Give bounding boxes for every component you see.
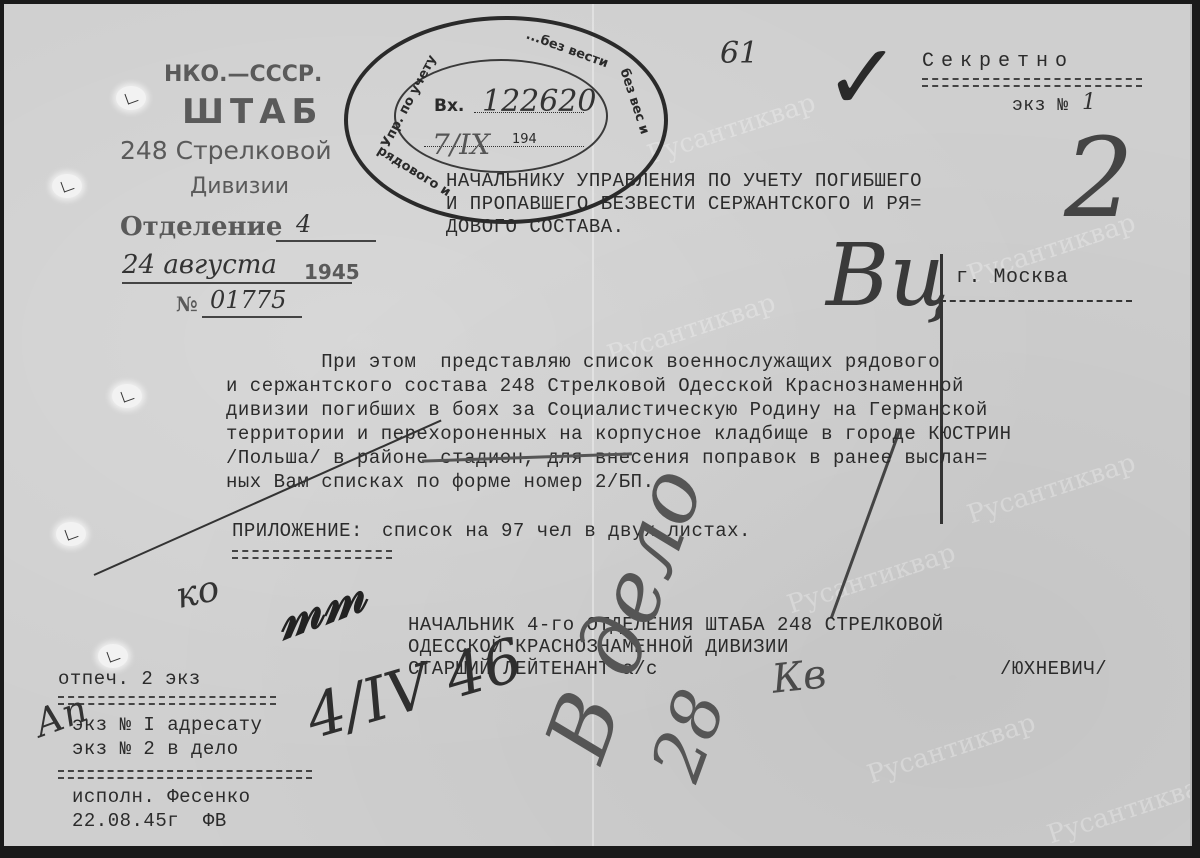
watermark: Русантиквар bbox=[784, 538, 960, 621]
letterhead-division-2: Дивизии bbox=[190, 174, 289, 199]
watermark: Русантиквар bbox=[964, 448, 1140, 531]
date-code: 22.08.45г ФВ bbox=[72, 810, 227, 832]
stamp-date-handwritten: 7/IX bbox=[432, 128, 490, 161]
body-line: и сержантского состава 248 Стрелковой Од… bbox=[226, 374, 964, 398]
letterhead-org: НКО.—СССР. bbox=[164, 62, 322, 87]
checkmark-icon: ✓ bbox=[824, 24, 901, 131]
stamp-year-label: 194 bbox=[512, 132, 537, 147]
body-line: территории и перехороненных на корпусное… bbox=[226, 422, 1012, 446]
double-rule bbox=[58, 696, 276, 705]
double-rule bbox=[922, 78, 1142, 87]
underline bbox=[122, 282, 352, 284]
punch-hole-icon bbox=[98, 644, 128, 668]
watermark: Русантиквар bbox=[644, 88, 820, 171]
letterhead-division: 248 Стрелковой bbox=[120, 136, 332, 165]
handwritten-scribble: 𝓂𝓂 bbox=[266, 560, 374, 652]
executor: исполн. Фесенко bbox=[72, 786, 251, 808]
body-line: При этом представляю список военнослужащ… bbox=[226, 350, 940, 374]
underline bbox=[940, 300, 1132, 302]
watermark: Русантиквар bbox=[1044, 768, 1192, 846]
inbox-number: 122620 bbox=[482, 84, 597, 119]
punch-hole-icon bbox=[112, 384, 142, 408]
underline bbox=[276, 240, 376, 242]
attachment-label: ПРИЛОЖЕНИЕ: bbox=[232, 520, 363, 542]
page-number-handwritten: 61 bbox=[720, 36, 758, 71]
signatory-name: /ЮХНЕВИЧ/ bbox=[1000, 658, 1107, 680]
department-label: Отделение bbox=[120, 212, 282, 242]
handwritten-initials: Вц bbox=[826, 226, 949, 326]
handwritten-number: 2 bbox=[1064, 114, 1134, 242]
document-page: Русантиквар Русантиквар Русантиквар Руса… bbox=[4, 4, 1192, 846]
number-label: № bbox=[176, 292, 198, 316]
dotted-line bbox=[474, 112, 584, 113]
watermark: Русантиквар bbox=[864, 708, 1040, 791]
addressee-line: НАЧАЛЬНИКУ УПРАВЛЕНИЯ ПО УЧЕТУ ПОГИБШЕГО bbox=[446, 170, 922, 193]
underline bbox=[202, 316, 302, 318]
punch-hole-icon bbox=[52, 174, 82, 198]
body-line: дивизии погибших в боях за Социалистичес… bbox=[226, 398, 988, 422]
handwritten-note: ко bbox=[172, 568, 223, 617]
resolution-number: 28 bbox=[635, 679, 743, 791]
letter-year: 1945 bbox=[304, 260, 360, 284]
copy-label: экз № bbox=[1012, 96, 1069, 116]
letter-number: 01775 bbox=[210, 286, 286, 314]
punch-hole-icon bbox=[116, 86, 146, 110]
printed-copies: отпеч. 2 экз bbox=[58, 668, 201, 690]
copy-number: 1 bbox=[1082, 90, 1096, 115]
addressee-line: И ПРОПАВШЕГО БЕЗВЕСТИ СЕРЖАНТСКОГО И РЯ= bbox=[446, 193, 922, 216]
double-rule bbox=[232, 550, 392, 559]
letter-date: 24 августа bbox=[122, 250, 277, 280]
signature: Кв bbox=[770, 651, 829, 702]
classification-label: Секретно bbox=[922, 50, 1074, 73]
copy-2-destination: экз № 2 в дело bbox=[72, 738, 239, 760]
addressee-line: ДОВОГО СОСТАВА. bbox=[446, 216, 625, 239]
department-number: 4 bbox=[296, 210, 311, 238]
inbox-label: Вх. bbox=[434, 96, 464, 116]
body-line: ных Вам списках по форме номер 2/БП. bbox=[226, 470, 654, 494]
letterhead-title: ШТАБ bbox=[182, 92, 323, 132]
punch-hole-icon bbox=[56, 522, 86, 546]
double-rule bbox=[58, 770, 312, 779]
copy-1-destination: экз № I адресату bbox=[72, 714, 262, 736]
addressee-city: г. Москва bbox=[956, 266, 1069, 289]
